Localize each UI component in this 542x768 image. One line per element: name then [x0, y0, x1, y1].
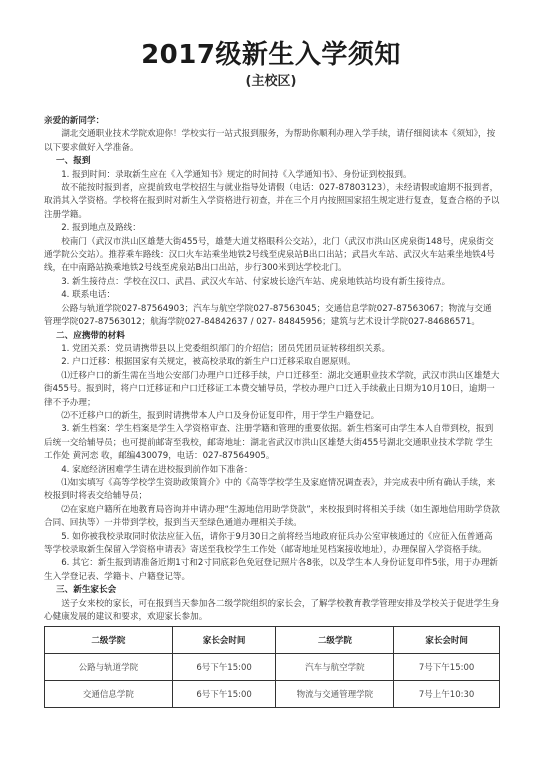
paragraph: 故不能按时报到者，应提前致电学校招生与就业指导处请假（电话：027-878031… [44, 182, 500, 222]
section-heading-registration: 一、报到 [44, 155, 500, 168]
table-cell: 7号上午10:30 [394, 681, 500, 708]
paragraph: ⑴如实填写《高等学校学生资助政策简介》中的《高等学校学生及家庭情况调查表》，并完… [44, 477, 500, 504]
section-heading-parent-meeting: 三、新生家长会 [44, 584, 500, 597]
paragraph: 2. 户口迁移：根据国家有关规定，被高校录取的新生户口迁移采取自愿原则。 [44, 356, 500, 369]
greeting: 亲爱的新同学： [44, 115, 500, 128]
paragraph: 4. 家庭经济困难学生请在进校报到前作如下准备： [44, 464, 500, 477]
paragraph: 送子女来校的家长，可在报到当天参加各二级学院组织的家长会，了解学校教育教学管理安… [44, 598, 500, 625]
table-cell: 6号下午15:00 [172, 654, 276, 681]
table-cell: 物流与交通管理学院 [276, 681, 394, 708]
paragraph: ⑵不迁移户口的新生，报到时请携带本人户口及身份证复印件，用于学生户籍登记。 [44, 410, 500, 423]
table-cell: 公路与轨道学院 [45, 654, 173, 681]
table-cell: 7号下午15:00 [394, 654, 500, 681]
paragraph: 校南门（武汉市洪山区雄楚大街455号，雄楚大道艾格眼科公交站），北门（武汉市洪山… [44, 236, 500, 276]
paragraph: 1. 报到时间：录取新生应在《入学通知书》规定的时间持《入学通知书》、身份证到校… [44, 169, 500, 182]
table-cell: 6号下午15:00 [172, 681, 276, 708]
table-row: 公路与轨道学院 6号下午15:00 汽车与航空学院 7号下午15:00 [45, 654, 500, 681]
paragraph: ⑴迁移户口的新生需在当地公安部门办理户口迁移手续，户口迁移至：湖北交通职业技术学… [44, 370, 500, 410]
paragraph: 3. 新生档案：学生档案是学生入学资格审查、注册学籍和管理的重要依据。新生档案可… [44, 423, 500, 463]
paragraph: ⑵在家庭户籍所在地教育局咨询并申请办理“生源地信用助学贷款”，来校报到时将相关手… [44, 504, 500, 531]
document-subtitle: (主校区) [0, 70, 542, 89]
paragraph: 4. 联系电话： [44, 289, 500, 302]
table-cell: 汽车与航空学院 [276, 654, 394, 681]
parent-meeting-table: 二级学院 家长会时间 二级学院 家长会时间 公路与轨道学院 6号下午15:00 … [44, 626, 500, 708]
paragraph: 5. 如你被我校录取同时依法应征入伍，请你于9月30日之前将经当地政府征兵办公室… [44, 531, 500, 558]
table-header-row: 二级学院 家长会时间 二级学院 家长会时间 [45, 627, 500, 654]
paragraph: 1. 党团关系：党员请携带县以上党委组织部门的介绍信；团员凭团员证转移组织关系。 [44, 343, 500, 356]
paragraph: 3. 新生接待点：学校在汉口、武昌、武汉火车站、付家坡长途汽车站、虎泉地铁站均设… [44, 276, 500, 289]
paragraph: 2. 报到地点及路线： [44, 222, 500, 235]
intro-paragraph: 湖北交通职业技术学院欢迎你！学校实行一站式报到服务，为帮助你顺利办理入学手续，请… [44, 128, 500, 155]
table-header-cell: 二级学院 [45, 627, 173, 654]
table-header-cell: 家长会时间 [394, 627, 500, 654]
table-row: 交通信息学院 6号下午15:00 物流与交通管理学院 7号上午10:30 [45, 681, 500, 708]
document-body: 亲爱的新同学： 湖北交通职业技术学院欢迎你！学校实行一站式报到服务，为帮助你顺利… [44, 115, 500, 624]
document-title: 2017级新生入学须知 [0, 34, 542, 71]
table-header-cell: 家长会时间 [172, 627, 276, 654]
table-header-cell: 二级学院 [276, 627, 394, 654]
table-cell: 交通信息学院 [45, 681, 173, 708]
section-heading-materials: 二、应携带的材料 [44, 330, 500, 343]
paragraph: 公路与轨道学院027-87564903；汽车与航空学院027-87563045；… [44, 303, 500, 330]
paragraph: 6. 其它：新生报到请准备近期1寸和2寸同底彩色免冠登记照片各8张，以及学生本人… [44, 557, 500, 584]
